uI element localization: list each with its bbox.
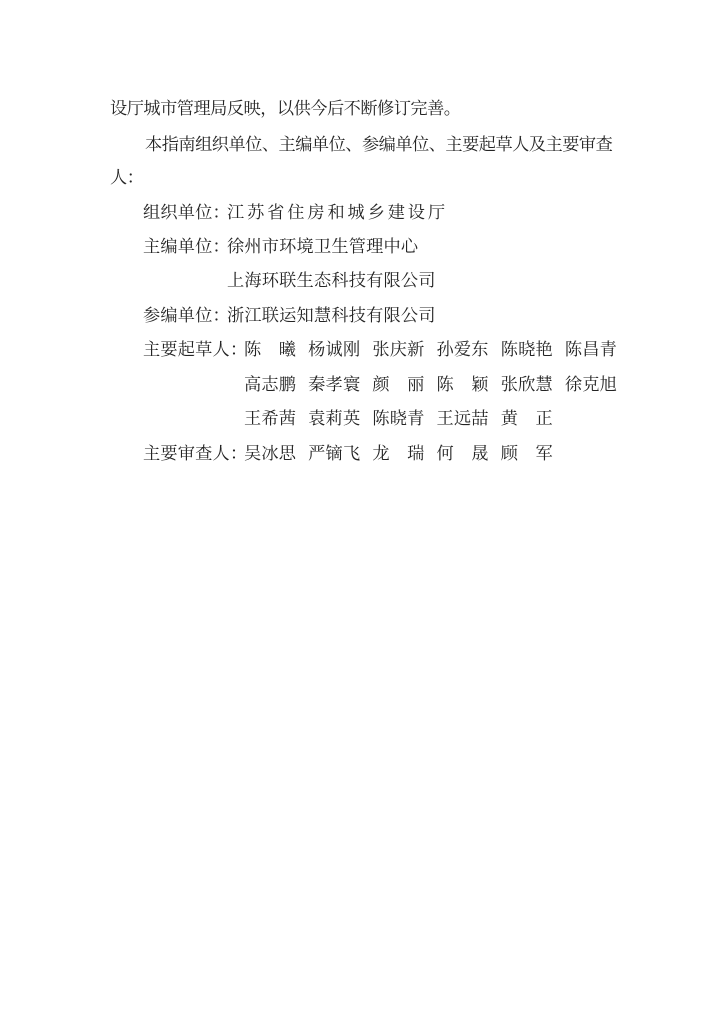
co-editor-value: 浙江联运知慧科技有限公司 <box>227 304 436 328</box>
reviewers-names-row: 吴冰思严镝飞龙 瑞何 晟顾 军 <box>244 442 553 466</box>
person-name: 陈晓艳 <box>501 338 553 362</box>
person-name: 顾 军 <box>501 442 553 466</box>
chief-editor-label: 主编单位： <box>143 235 227 259</box>
person-name: 陈 颖 <box>437 373 489 397</box>
organizer-value: 江苏省住房和城乡建设厅 <box>227 201 448 225</box>
person-name: 陈昌青 <box>565 338 617 362</box>
person-name: 吴冰思 <box>244 442 296 466</box>
person-name: 龙 瑞 <box>372 442 424 466</box>
person-name: 王希茜 <box>244 407 296 431</box>
paragraph-continuation-line: 设厅城市管理局反映，以供今后不断修订完善。 <box>110 97 460 121</box>
person-name: 黄 正 <box>501 407 553 431</box>
person-name: 秦孝寰 <box>308 373 360 397</box>
reviewers-label: 主要审查人： <box>143 442 244 466</box>
entry-drafters: 主要起草人： 陈 曦杨诚刚张庆新孙爱东陈晓艳陈昌青 <box>143 338 617 362</box>
person-name: 孙爱东 <box>437 338 489 362</box>
entry-organizer: 组织单位： 江苏省住房和城乡建设厅 <box>143 201 448 225</box>
person-name: 何 晟 <box>437 442 489 466</box>
entry-co-editor: 参编单位： 浙江联运知慧科技有限公司 <box>143 304 436 328</box>
intro-line-2: 人： <box>110 166 143 190</box>
drafters-names-row-3: 王希茜袁莉英陈晓青王远喆黄 正 <box>244 407 553 431</box>
person-name: 严镝飞 <box>308 442 360 466</box>
drafters-names-row-2: 高志鹏秦孝寰颜 丽陈 颖张欣慧徐克旭 <box>244 373 617 397</box>
chief-editor-value-2: 上海环联生态科技有限公司 <box>227 269 436 293</box>
chief-editor-value-1: 徐州市环境卫生管理中心 <box>227 235 418 259</box>
drafters-label: 主要起草人： <box>143 338 244 362</box>
entry-reviewers: 主要审查人： 吴冰思严镝飞龙 瑞何 晟顾 军 <box>143 442 553 466</box>
entry-chief-editor: 主编单位： 徐州市环境卫生管理中心 <box>143 235 418 259</box>
document-page: 设厅城市管理局反映，以供今后不断修订完善。 本指南组织单位、主编单位、参编单位、… <box>0 0 725 1024</box>
person-name: 张欣慧 <box>501 373 553 397</box>
intro-line-1: 本指南组织单位、主编单位、参编单位、主要起草人及主要审查 <box>145 133 612 157</box>
person-name: 陈 曦 <box>244 338 296 362</box>
organizer-label: 组织单位： <box>143 201 227 225</box>
person-name: 杨诚刚 <box>308 338 360 362</box>
person-name: 徐克旭 <box>565 373 617 397</box>
person-name: 王远喆 <box>437 407 489 431</box>
drafters-names-row-1: 陈 曦杨诚刚张庆新孙爱东陈晓艳陈昌青 <box>244 338 617 362</box>
person-name: 张庆新 <box>372 338 424 362</box>
person-name: 陈晓青 <box>372 407 424 431</box>
person-name: 颜 丽 <box>372 373 424 397</box>
person-name: 高志鹏 <box>244 373 296 397</box>
co-editor-label: 参编单位： <box>143 304 227 328</box>
person-name: 袁莉英 <box>308 407 360 431</box>
